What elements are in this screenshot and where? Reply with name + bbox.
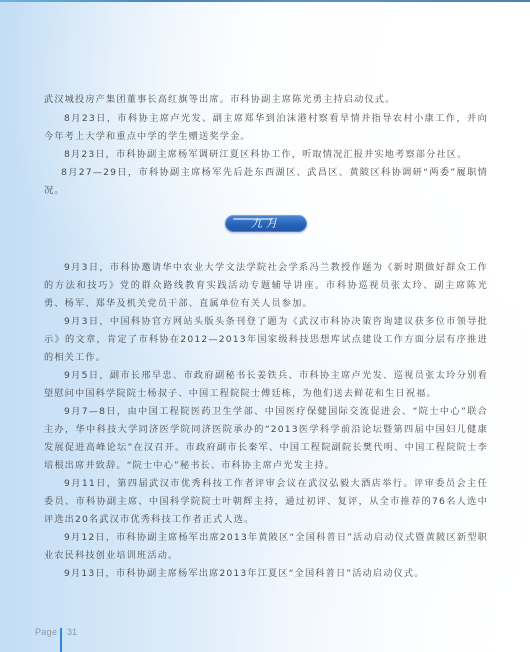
paragraph-august-0: 武汉城投房产集团董事长高红旗等出席。市科协副主席陈光勇主持启动仪式。 bbox=[44, 91, 488, 109]
paragraph-august-2: 8月23日，市科协副主席杨军调研江夏区科协工作，听取情况汇报并实地考察部分社区。 bbox=[44, 146, 488, 164]
paragraph-september-6: 9月13日，市科协副主席杨军出席2013年江夏区“全国科普日”活动启动仪式。 bbox=[44, 565, 488, 583]
paragraph-august-3: 8月27—29日，市科协副主席杨军先后赴东西湖区、武昌区、黄陂区科协调研“两委”… bbox=[44, 164, 488, 200]
paragraph-august-1: 8月23日，市科协主席卢光发、副主席郑华到泊沫港村察看旱情并指导农村小康工作，并… bbox=[44, 110, 488, 146]
page-number: 31 bbox=[67, 627, 77, 637]
month-badge: 九月 bbox=[225, 215, 307, 232]
paragraph-september-4: 9月11日，第四届武汉市优秀科技工作者评审会议在武汉弘毅大酒店举行。评审委员会主… bbox=[44, 475, 488, 529]
paragraph-september-1: 9月3日，中国科协官方网站头版头条刊登了题为《武汉市科协决策咨询建议获多位市领导… bbox=[44, 313, 488, 367]
paragraph-september-5: 9月12日，市科协副主席杨军出席2013年黄陂区“全国科普日”活动启动仪式暨黄陂… bbox=[44, 529, 488, 565]
top-border-strip bbox=[0, 0, 530, 2]
page-divider bbox=[60, 628, 62, 652]
paragraph-september-3: 9月7—8日，由中国工程院医药卫生学部、中国医疗保健国际交流促进会、“院士中心”… bbox=[44, 403, 488, 475]
badge-shine-decoration bbox=[233, 218, 273, 220]
paragraph-september-2: 9月5日，副市长邢早忠、市政府副秘书长姜铁兵、市科协主席卢光发、巡视员张太玲分别… bbox=[44, 367, 488, 403]
paragraph-september-0: 9月3日，市科协邀请华中农业大学文法学院社会学系冯兰教授作题为《新时期做好群众工… bbox=[44, 259, 488, 313]
page-label: Page bbox=[35, 627, 57, 637]
